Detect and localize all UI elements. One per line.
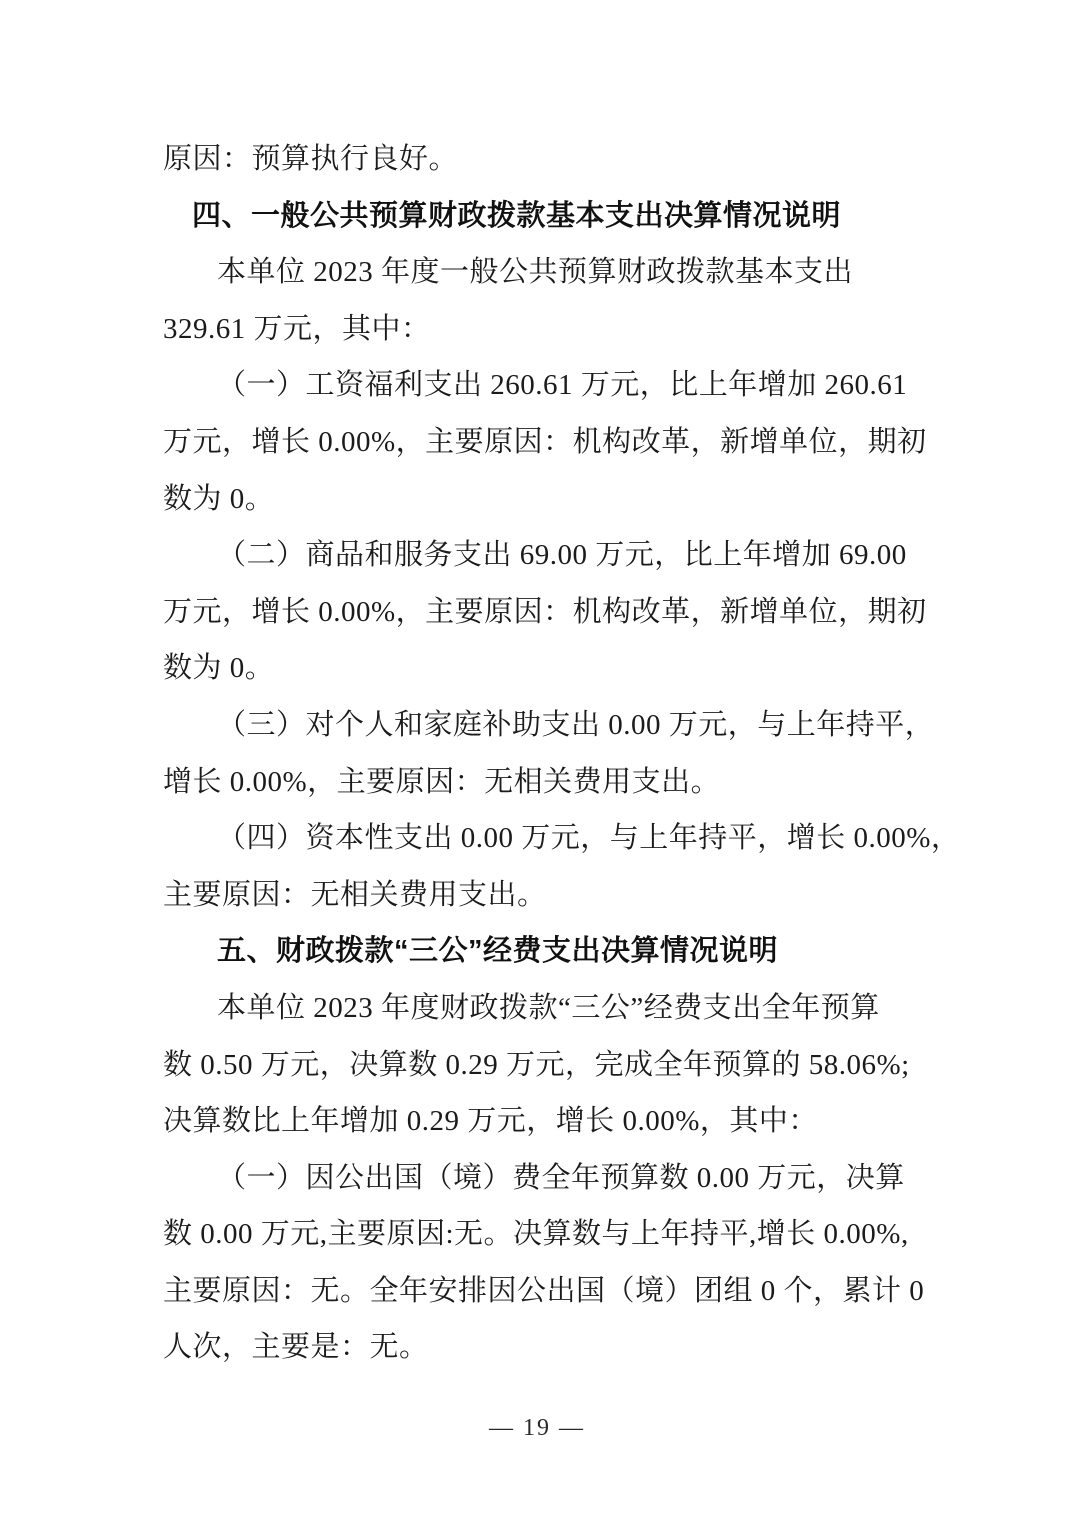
text-line: 329.61 万元，其中：	[163, 301, 909, 358]
text-line: （一）工资福利支出 260.61 万元，比上年增加 260.61	[163, 357, 909, 414]
text-line: （四）资本性支出 0.00 万元，与上年持平，增长 0.00%，	[163, 810, 909, 867]
text-line: 人次，主要是：无。	[163, 1319, 909, 1376]
document-body: 原因：预算执行良好。四、一般公共预算财政拨款基本支出决算情况说明本单位 2023…	[163, 131, 909, 1376]
section-heading: 四、一般公共预算财政拨款基本支出决算情况说明	[163, 188, 909, 245]
text-line: 万元，增长 0.00%，主要原因：机构改革，新增单位，期初	[163, 414, 909, 471]
document-page: 原因：预算执行良好。四、一般公共预算财政拨款基本支出决算情况说明本单位 2023…	[0, 0, 1074, 1520]
text-line: 原因：预算执行良好。	[163, 131, 909, 188]
text-line: 本单位 2023 年度财政拨款“三公”经费支出全年预算	[163, 980, 909, 1037]
text-line: （一）因公出国（境）费全年预算数 0.00 万元，决算	[163, 1150, 909, 1207]
text-line: 数为 0。	[163, 640, 909, 697]
page-number: — 19 —	[0, 1410, 1074, 1446]
text-line: 决算数比上年增加 0.29 万元，增长 0.00%，其中：	[163, 1093, 909, 1150]
text-line: 数 0.50 万元，决算数 0.29 万元，完成全年预算的 58.06%;	[163, 1037, 909, 1094]
text-line: 增长 0.00%，主要原因：无相关费用支出。	[163, 754, 909, 811]
text-line: （二）商品和服务支出 69.00 万元，比上年增加 69.00	[163, 527, 909, 584]
text-line: 本单位 2023 年度一般公共预算财政拨款基本支出	[163, 244, 909, 301]
text-line: 万元，增长 0.00%，主要原因：机构改革，新增单位，期初	[163, 584, 909, 641]
text-line: 主要原因：无相关费用支出。	[163, 867, 909, 924]
text-line: 数 0.00 万元,主要原因:无。决算数与上年持平,增长 0.00%,	[163, 1206, 909, 1263]
text-line: （三）对个人和家庭补助支出 0.00 万元，与上年持平，	[163, 697, 909, 754]
text-line: 主要原因：无。全年安排因公出国（境）团组 0 个，累计 0	[163, 1263, 909, 1320]
section-heading: 五、财政拨款“三公”经费支出决算情况说明	[163, 923, 909, 980]
text-line: 数为 0。	[163, 471, 909, 528]
